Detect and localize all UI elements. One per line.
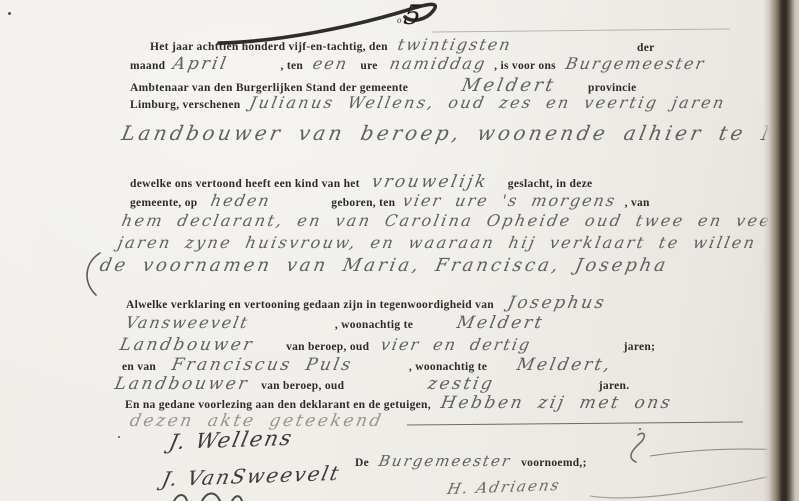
act-line-6: dewelke ons vertoond heeft een kind van … — [130, 172, 592, 192]
act-line-5: Landbouwer van beroep, woonende alhier t… — [122, 121, 799, 145]
printed-text: En na gedane voorlezing aan den deklaran… — [125, 399, 431, 411]
printed-text: Het jaar achttien honderd vijf-en-tachti… — [150, 41, 388, 53]
signature-rule — [407, 422, 743, 426]
handwritten-child-names: de voornamen van Maria, Francisca, Josep… — [98, 255, 670, 276]
printed-text: van beroep, oud — [286, 341, 369, 353]
handwritten-declarant: Julianus Wellens, oud zes en veertig jar… — [249, 93, 729, 112]
birth-certificate-scan: 5 o Het jaar achttien honderd vijf-en-ta… — [0, 0, 799, 501]
act-line-4: Limburg, verschenen Julianus Wellens, ou… — [130, 93, 726, 113]
printed-text: , is voor ons — [494, 60, 556, 72]
printed-text: jaren. — [599, 380, 630, 392]
handwritten-witness1-profession: Landbouwer — [118, 335, 256, 355]
signature-witness2: J. VanSweevelt — [160, 461, 343, 491]
act-line-14: en van Franciscus Puls , woonachtig te M… — [122, 355, 612, 375]
printed-text: geboren, ten — [331, 197, 395, 209]
handwritten-official-title: Burgemeester — [377, 452, 513, 470]
handwritten-witness2-profession: Landbouwer — [113, 374, 251, 394]
printed-text: jaren; — [624, 341, 656, 353]
printed-text: Limburg, verschenen — [130, 99, 240, 111]
printed-text: De — [355, 457, 369, 469]
printed-text: , van — [625, 197, 650, 209]
handwritten-month: April — [171, 54, 230, 74]
handwritten-witness1-firstname: Josephus — [506, 293, 608, 313]
act-line-8: hem declarant, en van Carolina Opheide o… — [122, 211, 799, 231]
handwritten-day: twintigsten — [396, 35, 513, 54]
act-line-2: maand April , ten een ure namiddag , is … — [130, 54, 705, 74]
handwritten-witness2-residence: Meldert, — [515, 355, 614, 375]
handwritten-parents: hem declarant, en van Carolina Opheide o… — [120, 211, 799, 230]
printed-text: ure — [360, 60, 377, 72]
numero-mark: o — [397, 15, 402, 25]
act-line-1: Het jaar achttien honderd vijf-en-tachti… — [150, 35, 512, 55]
handwritten-birthtime: vier ure 's morgens — [401, 191, 618, 210]
handwritten-declaration: jaren zyne huisvrouw, en waaraan hij ver… — [116, 233, 799, 252]
handwritten-gender: vrouwelijk — [370, 172, 490, 192]
handwritten-witness1-age: vier en dertig — [379, 335, 533, 354]
ink-speck — [118, 436, 120, 438]
act-line-12: Vansweevelt , woonachtig te Meldert — [126, 313, 544, 333]
printed-text: en van — [122, 361, 156, 373]
act-line-13: Landbouwer van beroep, oud vier en derti… — [120, 335, 655, 355]
act-line-16: En na gedane voorlezing aan den deklaran… — [125, 393, 672, 413]
act-line-9: jaren zyne huisvrouw, en waaraan hij ver… — [118, 233, 799, 253]
closing-line: De Burgemeester voornoemd,; — [355, 452, 587, 471]
handwritten-witness2-name: Franciscus Puls — [170, 355, 355, 375]
printed-text: voornoemd,; — [521, 457, 587, 469]
act-line-10: de voornamen van Maria, Francisca, Josep… — [100, 255, 668, 276]
printed-text: der — [637, 42, 655, 54]
handwritten-witness1-surname: Vansweevelt — [124, 313, 251, 332]
handwritten-hour: een — [311, 54, 350, 73]
pen-flourish-mark — [618, 427, 648, 467]
signature-witness1: J. Wellens — [167, 426, 296, 454]
act-line-11: Alwelke verklaring en vertooning gedaan … — [126, 293, 606, 313]
faint-top-line — [432, 28, 730, 32]
printed-text: , woonachtig te — [409, 361, 487, 373]
book-binding-edge — [763, 0, 799, 501]
printed-text: , ten — [281, 60, 304, 72]
handwritten-profession-residence: Landbouwer van beroep, woonende alhier t… — [120, 121, 799, 145]
printed-text: geslacht, in deze — [508, 178, 593, 190]
printed-text: gemeente, op — [130, 197, 197, 209]
handwritten-witness2-age: zestig — [426, 374, 496, 394]
pen-arc-bottom — [585, 468, 785, 501]
handwritten-closing-start: Hebben zij met ons — [439, 393, 674, 413]
handwritten-witness1-residence: Meldert — [455, 313, 546, 333]
handwritten-official-title: Burgemeester — [564, 54, 707, 73]
signature-burgemeester: H. Adriaens — [446, 476, 563, 498]
printed-text: maand — [130, 60, 165, 72]
handwritten-birthdate: heden — [210, 191, 273, 210]
ink-speck — [8, 12, 11, 15]
printed-text: Alwelke verklaring en vertooning gedaan … — [126, 299, 494, 311]
printed-text: dewelke ons vertoond heeft een kind van … — [130, 178, 360, 190]
printed-text: van beroep, oud — [261, 380, 344, 392]
partial-signature-stroke — [168, 492, 248, 501]
printed-text: , woonachtig te — [335, 319, 413, 331]
act-line-7: gemeente, op heden geboren, ten vier ure… — [130, 191, 650, 211]
act-line-15: Landbouwer van beroep, oud zestig jaren. — [115, 374, 629, 394]
handwritten-daypart: namiddag — [388, 54, 488, 73]
